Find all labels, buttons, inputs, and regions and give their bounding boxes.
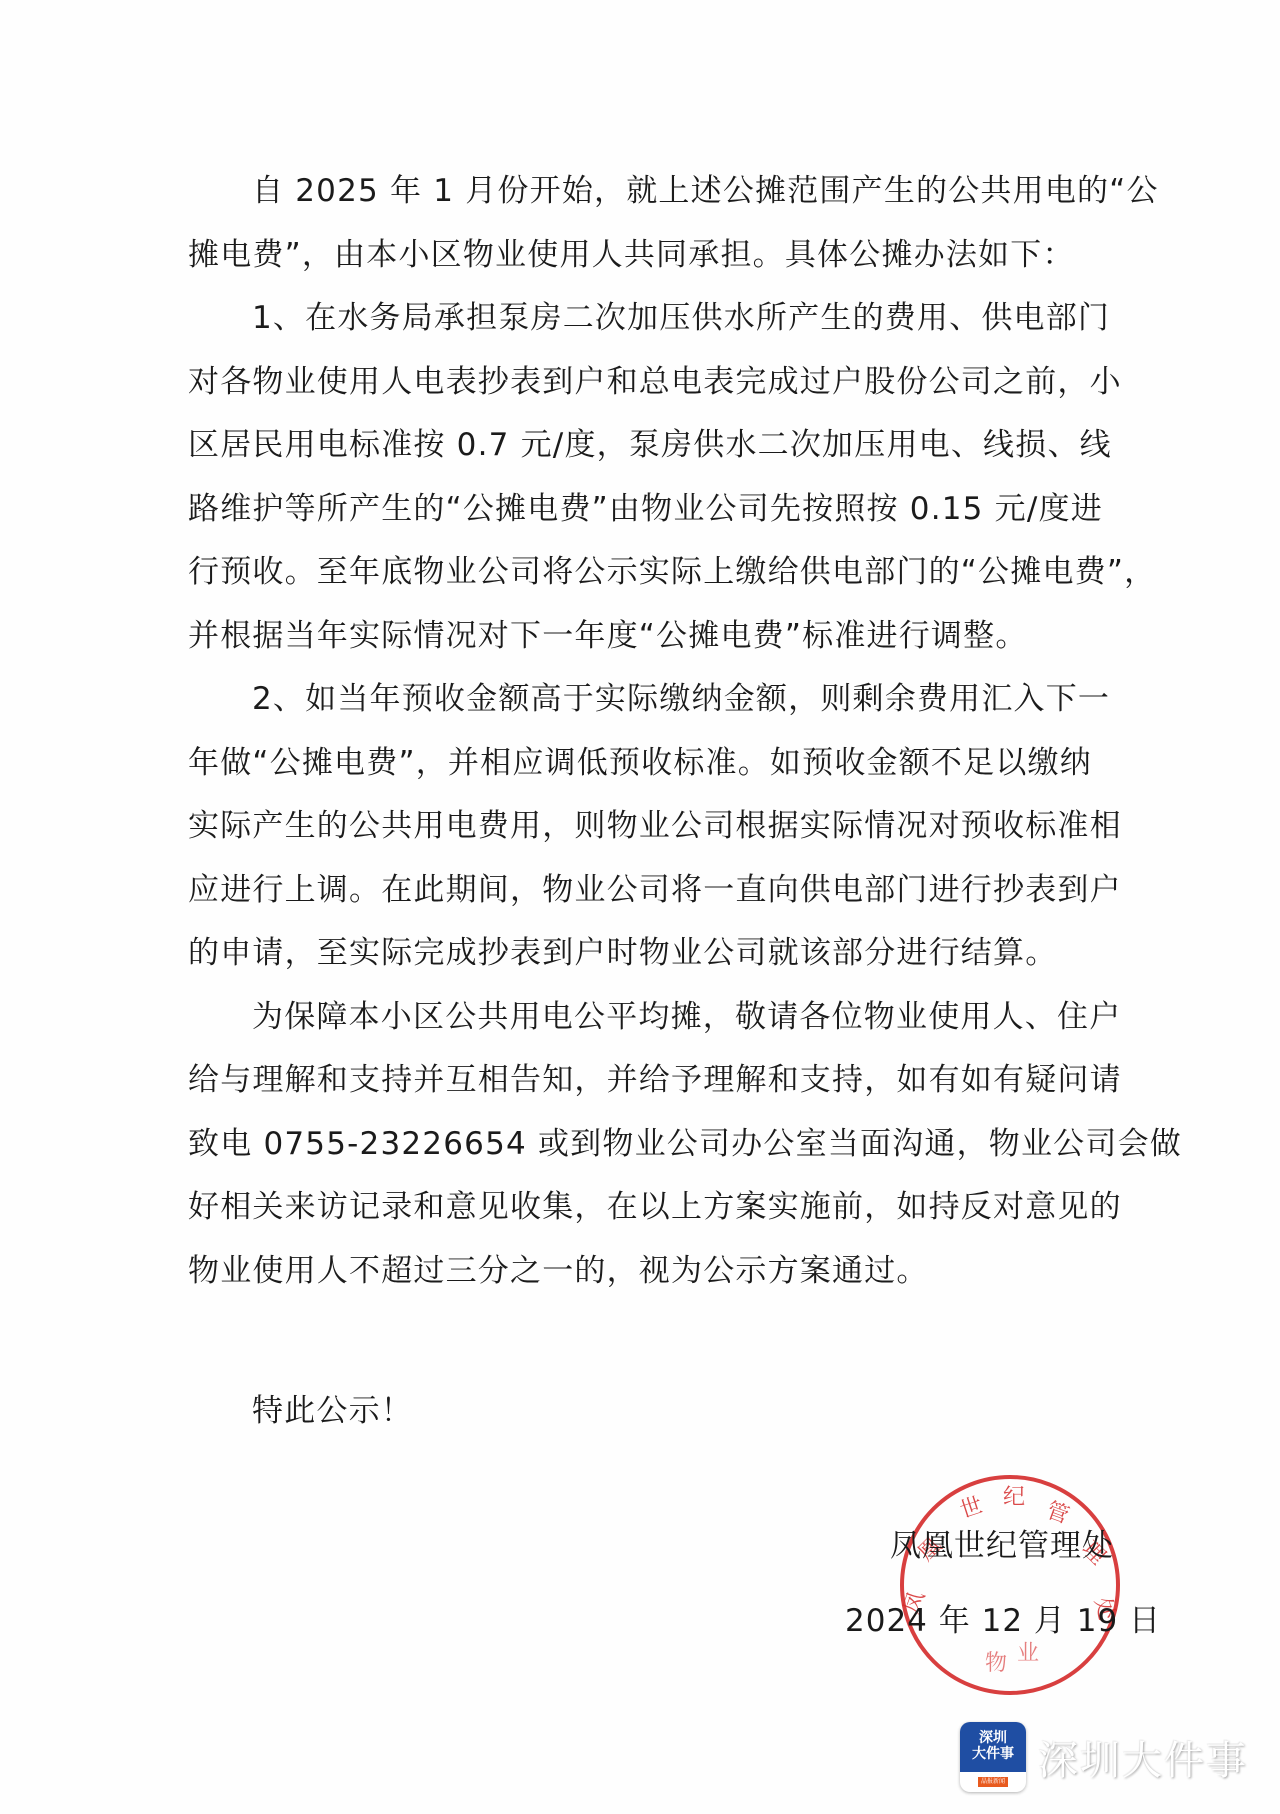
text-line: 2、如当年预收金额高于实际缴纳金额，则剩余费用汇入下一 [188,668,1128,732]
paragraph-item-1: 1、在水务局承担泵房二次加压供水所产生的费用、供电部门 对各物业使用人电表抄表到… [188,287,1128,668]
text-line: 好相关来访记录和意见收集，在以上方案实施前，如持反对意见的 [188,1176,1128,1240]
svg-text:业: 业 [1017,1641,1039,1666]
text-line: 年做“公摊电费”，并相应调低预收标准。如预收金额不足以缴纳 [188,732,1128,796]
text-line: 区居民用电标准按 0.7 元/度，泵房供水二次加压用电、线损、线 [188,414,1128,478]
seal-icon: 凤 凰 世 纪 管 理 处 物 业 [895,1470,1125,1700]
paragraph-appeal: 为保障本小区公共用电公平均摊，敬请各位物业使用人、住户 给与理解和支持并互相告知… [188,986,1128,1304]
watermark: 深圳 大件事 晶报新闻 深圳大件事 [960,1722,1248,1792]
text-line: 应进行上调。在此期间，物业公司将一直向供电部门进行抄表到户 [188,859,1128,923]
closing-statement: 特此公示！ [252,1380,413,1444]
text-line: 自 2025 年 1 月份开始，就上述公摊范围产生的公共用电的“公 [188,160,1128,224]
text-line: 实际产生的公共用电费用，则物业公司根据实际情况对预收标准相 [188,795,1128,859]
text-line: 摊电费”，由本小区物业使用人共同承担。具体公摊办法如下： [188,224,1128,288]
app-logo-icon: 深圳 大件事 晶报新闻 [960,1722,1026,1792]
text-line: 对各物业使用人电表抄表到户和总电表完成过户股份公司之前，小 [188,351,1128,415]
text-line: 物业使用人不超过三分之一的，视为公示方案通过。 [188,1240,1128,1304]
text-line: 行预收。至年底物业公司将公示实际上缴给供电部门的“公摊电费”， [188,541,1128,605]
paragraph-item-2: 2、如当年预收金额高于实际缴纳金额，则剩余费用汇入下一 年做“公摊电费”，并相应… [188,668,1128,986]
signature-date: 2024 年 12 月 19 日 [845,1595,1161,1640]
logo-badge: 晶报新闻 [978,1777,1008,1787]
text-line: 致电 0755-23226654 或到物业公司办公室当面沟通，物业公司会做 [188,1113,1128,1177]
watermark-text: 深圳大件事 [1038,1729,1248,1786]
notice-body: 自 2025 年 1 月份开始，就上述公摊范围产生的公共用电的“公 摊电费”，由… [188,160,1128,1303]
signature-organization: 凤凰世纪管理处 [890,1520,1114,1565]
text-line: 的申请，至实际完成抄表到户时物业公司就该部分进行结算。 [188,922,1128,986]
logo-title: 深圳 大件事 [960,1722,1026,1772]
text-line: 为保障本小区公共用电公平均摊，敬请各位物业使用人、住户 [188,986,1128,1050]
text-line: 1、在水务局承担泵房二次加压供水所产生的费用、供电部门 [188,287,1128,351]
paragraph-intro: 自 2025 年 1 月份开始，就上述公摊范围产生的公共用电的“公 摊电费”，由… [188,160,1128,287]
document-page: 自 2025 年 1 月份开始，就上述公摊范围产生的公共用电的“公 摊电费”，由… [0,0,1280,1814]
text-line: 路维护等所产生的“公摊电费”由物业公司先按照按 0.15 元/度进 [188,478,1128,542]
svg-text:纪: 纪 [1003,1485,1025,1510]
text-line: 并根据当年实际情况对下一年度“公摊电费”标准进行调整。 [188,605,1128,669]
official-seal-stamp: 凤 凰 世 纪 管 理 处 物 业 [895,1470,1125,1700]
svg-text:物: 物 [985,1651,1007,1676]
text-line: 给与理解和支持并互相告知，并给予理解和支持，如有如有疑问请 [188,1049,1128,1113]
